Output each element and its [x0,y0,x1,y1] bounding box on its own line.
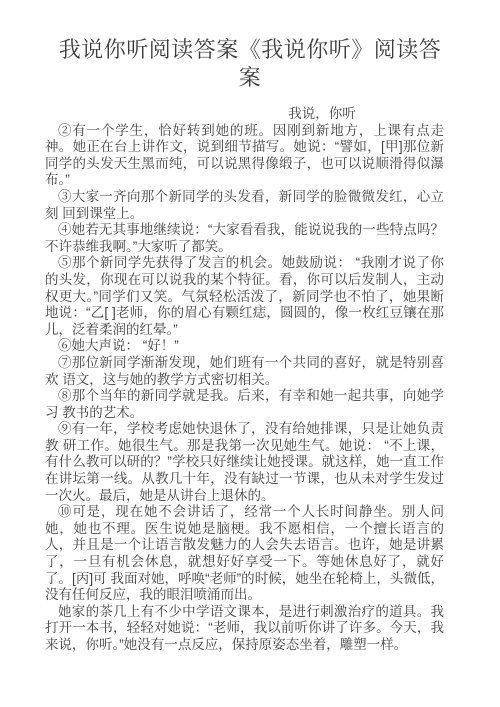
story-title: 我说，你听 [72,106,500,123]
document-page: 我说你听阅读答案《我说你听》阅读答案 我说，你听 ②有一个学生，恰好转到她的班。… [0,0,500,707]
paragraph-09: ⑨有一年，学校考虑她快退休了，没有给她排课，只是让她负责教 研工作。她很生气。那… [45,421,444,504]
document-body: ②有一个学生，恰好转到她的班。因刚到新地方，上课有点走神。她正在台上讲作文，说到… [0,123,500,654]
paragraph-02: ②有一个学生，恰好转到她的班。因刚到新地方，上课有点走神。她正在台上讲作文，说到… [45,123,444,189]
paragraph-05: ⑤那个新同学先获得了发言的机会。她鼓励说： “我刚才说了你的头发，你现在可以说我… [45,255,444,338]
page-title: 我说你听阅读答案《我说你听》阅读答案 [57,36,443,92]
paragraph-06: ⑥她大声说： “好！” [45,338,444,355]
paragraph-10: ⑩可是，现在她不会讲话了，经常一个人长时间静坐。别人问她，她也不理。医生说她是脑… [45,504,444,604]
paragraph-final: 她家的茶几上有不少中学语文课本，是进行刺激治疗的道具。我打开一本书，轻轻对她说：… [45,604,444,654]
paragraph-04: ④她若无其事地继续说：“大家看看我，能说说我的一些特点吗？不许恭维我啊。”大家听… [45,222,444,255]
paragraph-03: ③大家一齐向那个新同学的头发看，新同学的脸微微发红，心立刻 回到课堂上。 [45,189,444,222]
paragraph-08: ⑧那个当年的新同学就是我。后来，有幸和她一起共事，向她学习 教书的艺术。 [45,388,444,421]
paragraph-07: ⑦那位新同学渐渐发现，她们班有一个共同的喜好，就是特别喜欢 语文，这与她的教学方… [45,355,444,388]
